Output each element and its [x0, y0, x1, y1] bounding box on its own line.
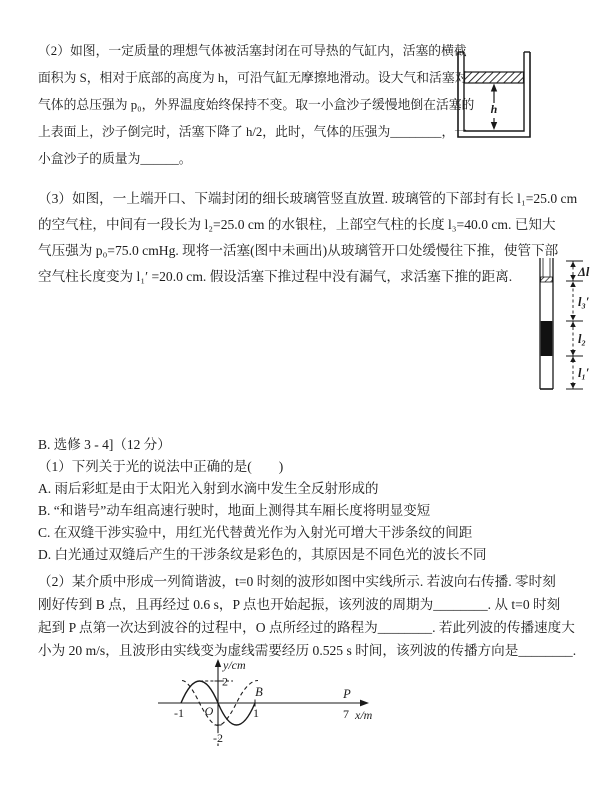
cylinder-piston-figure: h [450, 44, 540, 144]
section-b-question-2-text: （2）某介质中形成一列简谐波，t=0 时刻的波形如图中实线所示. 若波向右传播.… [38, 570, 590, 662]
piston-hatched [465, 72, 524, 83]
l3-label: l₃′ [578, 295, 589, 309]
text-line: （2）如图，一定质量的理想气体被活塞封闭在可导热的气缸内，活塞的横截 [38, 38, 468, 65]
text-line: 上表面上，沙子倒完时，活塞下降了 h/2，此时，气体的压强为________，一 [38, 119, 468, 146]
h-arrowhead-up [491, 84, 497, 92]
text-line: （2）某介质中形成一列简谐波，t=0 时刻的波形如图中实线所示. 若波向右传播.… [38, 570, 590, 593]
arrowhead [570, 322, 576, 328]
wave-figure: y/cm 2 -2 -1 O 1 B P 7 x/m [138, 656, 388, 766]
question-3-text: （3）如图，一上端开口、下端封闭的细长玻璃管竖直放置. 玻璃管的下部封有长 l₁… [38, 186, 590, 290]
text-line: （3）如图，一上端开口、下端封闭的细长玻璃管竖直放置. 玻璃管的下部封有长 l₁… [38, 186, 590, 212]
text-line: 空气柱长度变为 l₁′ =20.0 cm. 假设活塞下推过程中没有漏气，求活塞下… [38, 264, 590, 290]
text-line: 气压强为 p₀=75.0 cmHg. 现将一活塞(图中未画出)从玻璃管开口处缓慢… [38, 238, 590, 264]
y-axis-label: y/cm [222, 658, 246, 672]
option-b: B. “和谐号”动车组高速行驶时，地面上测得其车厢长度将明显变短 [38, 500, 590, 522]
question-2-text: （2）如图，一定质量的理想气体被活塞封闭在可导热的气缸内，活塞的横截 面积为 S… [38, 38, 468, 173]
x-axis-arrowhead [360, 700, 369, 707]
glass-tube-figure: Δl l₃′ l₂ l₁′ [533, 248, 597, 403]
point-b-label: B [255, 685, 263, 699]
origin-label: O [205, 704, 214, 718]
l2-label: l₂ [578, 332, 586, 346]
option-a: A. 雨后彩虹是由于太阳光入射到水滴中发生全反射形成的 [38, 478, 590, 500]
y-value-neg2: -2 [213, 731, 223, 745]
delta-l-label: Δl [577, 265, 590, 279]
option-c: C. 在双缝干涉实验中，用红光代替黄光作为入射光可增大干涉条纹的间距 [38, 522, 590, 544]
text-line: 起到 P 点第一次达到波谷的过程中，O 点所经过的路程为________. 若此… [38, 616, 590, 639]
y-axis-arrowhead [215, 659, 221, 667]
y-value-2: 2 [222, 675, 228, 689]
mercury-column [541, 321, 553, 356]
arrowhead [570, 383, 576, 389]
arrowhead [570, 315, 576, 321]
tube-piston-hatched [541, 277, 553, 282]
point-p-label: P [342, 687, 351, 701]
arrowhead [570, 357, 576, 363]
x-axis-label: x/m [354, 708, 373, 722]
text-line: 的空气柱，中间有一段长为 l₂=25.0 cm 的水银柱，上部空气柱的长度 l₃… [38, 212, 590, 238]
option-d: D. 白光通过双缝后产生的干涉条纹是彩色的，其原因是不同色光的波长不同 [38, 544, 590, 566]
text-line: 刚好传到 B 点，且再经过 0.6 s，P 点也开始起振，该列波的周期为____… [38, 593, 590, 616]
arrowhead [570, 275, 576, 281]
arrowhead [570, 282, 576, 288]
arrowhead [570, 350, 576, 356]
section-b: B. 选修 3 - 4]（12 分） （1）下列关于光的说法中正确的是( ) A… [38, 434, 590, 566]
exam-page: （2）如图，一定质量的理想气体被活塞封闭在可导热的气缸内，活塞的横截 面积为 S… [0, 0, 600, 791]
text-line: 小盒沙子的质量为______。 [38, 146, 468, 173]
text-line: 气体的总压强为 p₀，外界温度始终保持不变。取一小盒沙子缓慢地倒在活塞的 [38, 92, 468, 119]
x-value-7: 7 [343, 707, 349, 721]
section-b-q1-stem: （1）下列关于光的说法中正确的是( ) [38, 456, 590, 478]
h-label: h [491, 102, 498, 116]
x-value-1: 1 [253, 706, 259, 720]
section-b-heading: B. 选修 3 - 4]（12 分） [38, 434, 590, 456]
h-arrowhead-down [491, 122, 497, 130]
text-line: 面积为 S，相对于底部的高度为 h，可沿气缸无摩擦地滑动。设大气和活塞对 [38, 65, 468, 92]
x-value-neg1: -1 [174, 706, 184, 720]
arrowhead [570, 262, 576, 268]
l1-label: l₁′ [578, 366, 589, 380]
